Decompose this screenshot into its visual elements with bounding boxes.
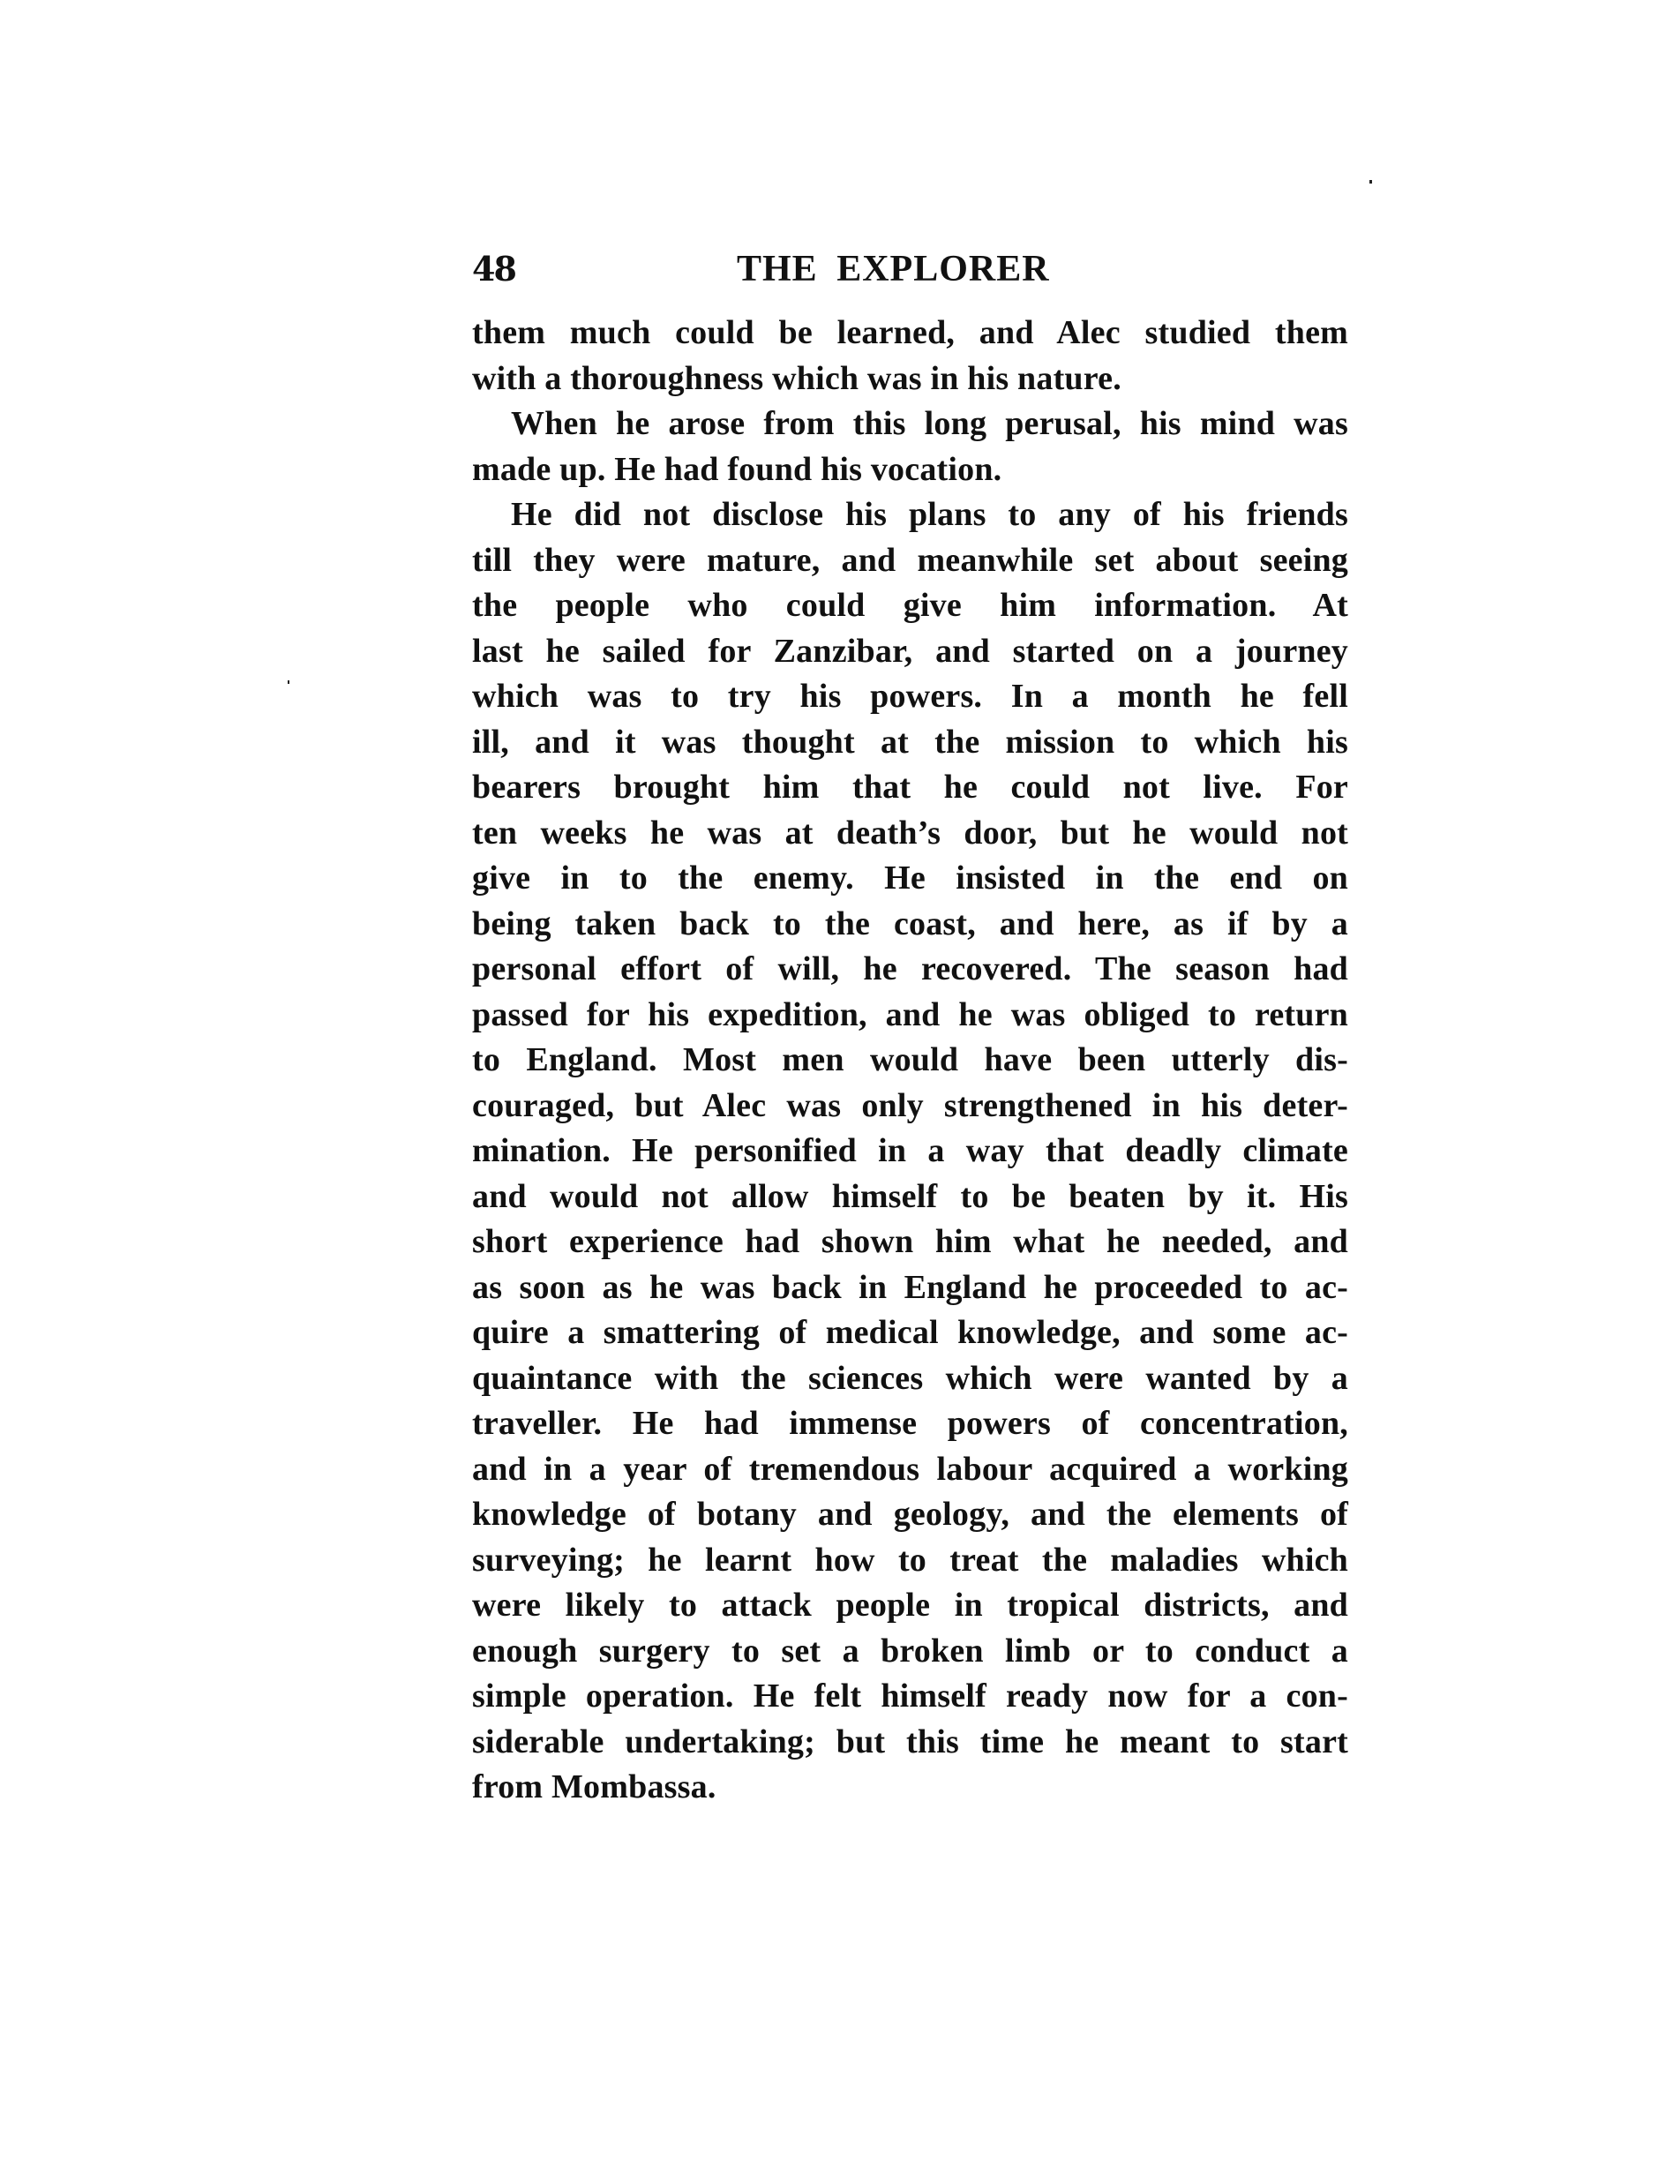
text-line: give in to the enemy. He insisted in the… [472,856,1348,902]
book-page: 48 THE EXPLORER them much could be learn… [0,0,1680,2184]
text-line: which was to try his powers. In a month … [472,674,1348,720]
text-line: the people who could give him informatio… [472,583,1348,629]
text-line: them much could be learned, and Alec stu… [472,311,1348,356]
text-line: and would not allow himself to be beaten… [472,1175,1348,1220]
scan-speck [1369,180,1372,184]
text-line: from Mombassa. [472,1765,1348,1811]
text-line: knowledge of botany and geology, and the… [472,1492,1348,1538]
text-line: enough surgery to set a broken limb or t… [472,1629,1348,1675]
text-line: quaintance with the sciences which were … [472,1356,1348,1402]
text-line: He did not disclose his plans to any of … [472,492,1348,538]
text-line: siderable undertaking; but this time he … [472,1720,1348,1766]
book-title: THE EXPLORER [737,247,1050,291]
text-line: traveller. He had immense powers of conc… [472,1401,1348,1447]
text-line: made up. He had found his vocation. [472,447,1348,493]
page-number: 48 [472,247,515,291]
scan-speck [288,680,289,684]
text-line: to England. Most men would have been utt… [472,1038,1348,1084]
text-line: mination. He personified in a way that d… [472,1129,1348,1175]
text-line: till they were mature, and meanwhile set… [472,538,1348,584]
text-line: bearers brought him that he could not li… [472,765,1348,811]
text-line: with a thoroughness which was in his nat… [472,356,1348,402]
running-head: 48 THE EXPLORER [472,247,1348,291]
text-line: and in a year of tremendous labour acqui… [472,1447,1348,1493]
text-line: When he arose from this long perusal, hi… [472,402,1348,447]
text-line: being taken back to the coast, and here,… [472,902,1348,948]
text-line: as soon as he was back in England he pro… [472,1265,1348,1311]
text-line: last he sailed for Zanzibar, and started… [472,629,1348,675]
text-line: ill, and it was thought at the mission t… [472,720,1348,766]
text-line: ten weeks he was at death’s door, but he… [472,811,1348,857]
body-text: them much could be learned, and Alec stu… [472,311,1348,1811]
text-line: surveying; he learnt how to treat the ma… [472,1538,1348,1584]
text-line: short experience had shown him what he n… [472,1220,1348,1265]
text-line: couraged, but Alec was only strengthened… [472,1084,1348,1130]
text-line: were likely to attack people in tropical… [472,1583,1348,1629]
text-line: quire a smattering of medical knowledge,… [472,1310,1348,1356]
text-line: personal effort of will, he recovered. T… [472,947,1348,993]
text-line: simple operation. He felt himself ready … [472,1674,1348,1720]
text-line: passed for his expedition, and he was ob… [472,993,1348,1039]
